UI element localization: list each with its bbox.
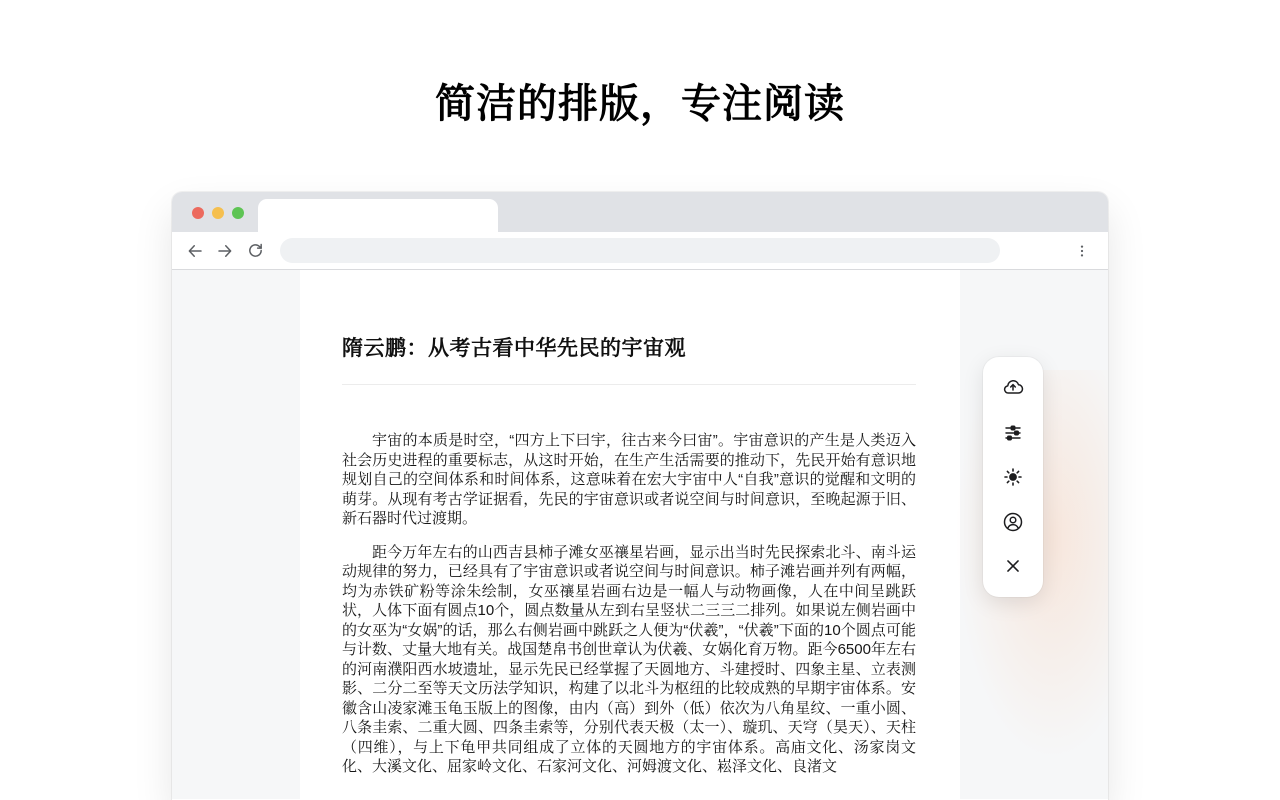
cloud-upload-icon (1001, 376, 1025, 400)
brightness-button[interactable] (1000, 464, 1026, 490)
forward-button[interactable] (210, 236, 240, 266)
back-button[interactable] (180, 236, 210, 266)
browser-window: 隋云鹏：从考古看中华先民的宇宙观 宇宙的本质是时空，“四方上下曰宇，往古来今曰宙… (172, 192, 1108, 800)
title-divider (342, 384, 916, 385)
address-bar[interactable] (280, 238, 1000, 263)
sliders-icon (1001, 421, 1025, 445)
close-icon (1002, 555, 1024, 577)
browser-menu-button[interactable] (1068, 237, 1096, 265)
account-button[interactable] (1000, 509, 1026, 535)
back-arrow-icon (186, 242, 204, 260)
kebab-menu-icon (1074, 243, 1090, 259)
reader-column: 隋云鹏：从考古看中华先民的宇宙观 宇宙的本质是时空，“四方上下曰宇，往古来今曰宙… (300, 270, 960, 799)
close-panel-button[interactable] (1000, 553, 1026, 579)
adjustments-button[interactable] (1000, 420, 1026, 446)
account-icon (1001, 510, 1025, 534)
traffic-light-minimize[interactable] (212, 207, 224, 219)
traffic-light-zoom[interactable] (232, 207, 244, 219)
page-title: 简洁的排版，专注阅读 (0, 72, 1280, 129)
sun-icon (1001, 465, 1025, 489)
article-paragraph: 距今万年左右的山西吉县柿子滩女巫禳星岩画，显示出当时先民探索北斗、南斗运动规律的… (342, 543, 916, 777)
browser-toolbar (172, 232, 1108, 270)
article-title: 隋云鹏：从考古看中华先民的宇宙观 (342, 332, 916, 362)
traffic-lights (192, 207, 244, 219)
reload-icon (247, 242, 264, 259)
forward-arrow-icon (216, 242, 234, 260)
traffic-light-close[interactable] (192, 207, 204, 219)
cloud-upload-button[interactable] (1000, 375, 1026, 401)
browser-tabstrip (172, 192, 1108, 232)
reader-toolbar (983, 357, 1043, 597)
article-body: 宇宙的本质是时空，“四方上下曰宇，往古来今曰宙”。宇宙意识的产生是人类迈入社会历… (342, 431, 916, 777)
article-paragraph: 宇宙的本质是时空，“四方上下曰宇，往古来今曰宙”。宇宙意识的产生是人类迈入社会历… (342, 431, 916, 529)
reload-button[interactable] (240, 236, 270, 266)
reader-content-area: 隋云鹏：从考古看中华先民的宇宙观 宇宙的本质是时空，“四方上下曰宇，往古来今曰宙… (172, 270, 1108, 799)
browser-tab[interactable] (258, 199, 498, 232)
